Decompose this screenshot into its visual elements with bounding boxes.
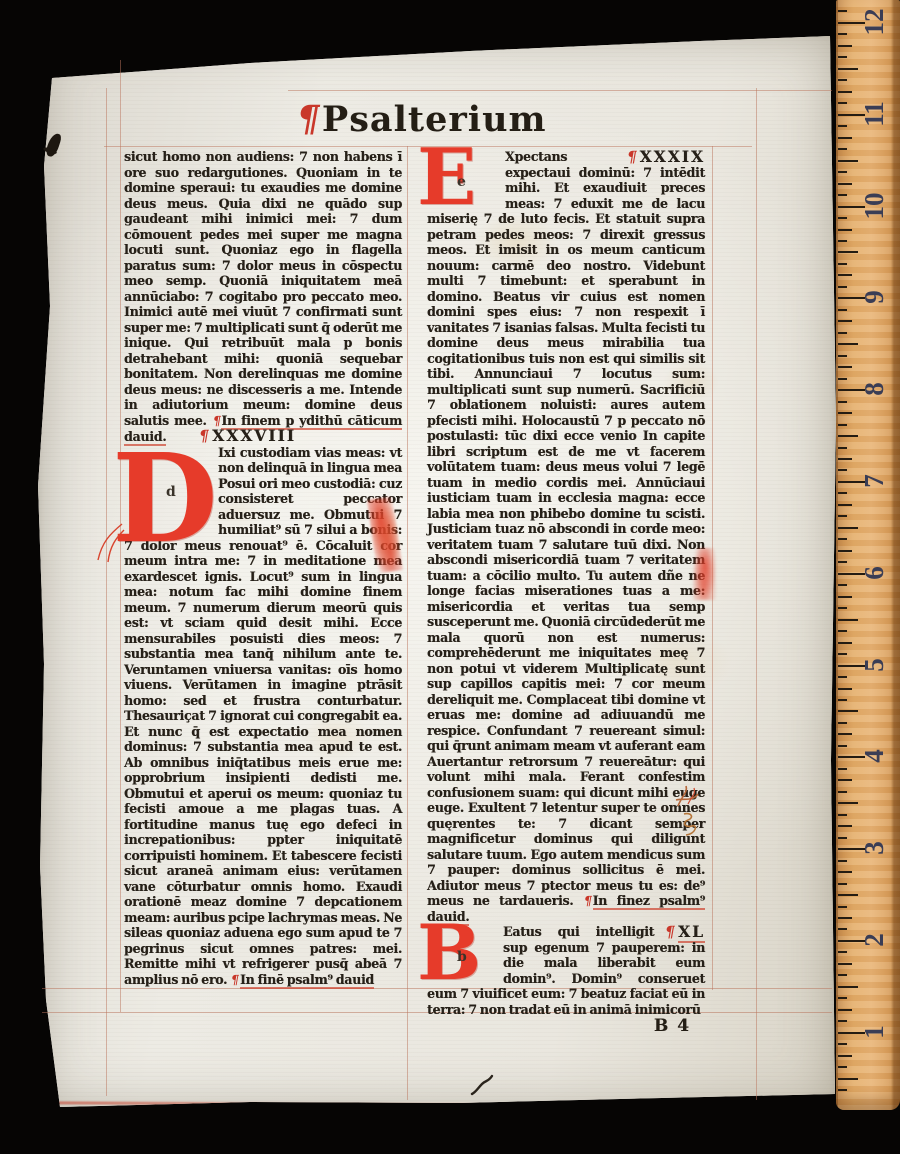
ruler-tick [838, 584, 847, 586]
ruler-tick [838, 251, 858, 253]
ruler-number: 11 [859, 98, 889, 130]
ruler-tick [838, 1043, 847, 1045]
ruler-tick [838, 458, 852, 460]
ruler-tick [838, 871, 852, 873]
ruler-tick [838, 825, 852, 827]
ruler-tick [838, 412, 852, 414]
ruler-number: 4 [859, 740, 889, 772]
ruler-tick [838, 1020, 847, 1022]
ruler-tick [838, 1055, 852, 1057]
heading-pilcrow: ¶ [663, 924, 680, 940]
ruler-number: 12 [859, 6, 889, 38]
ruler-tick [838, 928, 847, 930]
psalm-37-text: sicut homo non audiens: 7 non habens ī o… [124, 149, 402, 428]
frame-line-left-outer [106, 88, 107, 1096]
ruler-tick [838, 504, 852, 506]
ruler-tick [838, 607, 847, 609]
red-stained-bottom-edge [42, 1101, 834, 1107]
ruler-tick [838, 378, 847, 380]
ruler-number: 9 [859, 281, 889, 313]
photo-background: ¶Psalterium sicut homo non audiens: 7 no… [0, 0, 900, 1154]
ruler-tick [838, 906, 847, 908]
psalm-39-text: Xpectans expectaui dominū: 7 intēdit mih… [427, 149, 705, 908]
ruler-tick [838, 733, 852, 735]
ruler-number: 8 [859, 373, 889, 405]
initial-letter-B: B [417, 915, 481, 991]
ink-squiggle-bottom-margin [468, 1072, 498, 1098]
ruler-tick [838, 768, 847, 770]
ruler-tick [838, 229, 852, 231]
illuminated-initial-E: Ee [427, 149, 505, 196]
ruler-tick [838, 883, 847, 885]
ruler-tick [838, 986, 858, 988]
ruler-tick [838, 860, 847, 862]
pen-squiggle-right-margin-2 [676, 808, 702, 838]
ruler-tick [838, 550, 852, 552]
ruler-tick [838, 355, 847, 357]
ruler-tick [838, 320, 852, 322]
red-ink-mark-right-margin [693, 548, 717, 600]
ruler-tick [838, 538, 847, 540]
ruler-tick [838, 515, 847, 517]
ruler-tick [838, 710, 858, 712]
ruler-tick [838, 974, 847, 976]
ruler-tick [838, 435, 858, 437]
ruler-number: 3 [859, 832, 889, 864]
frame-line-top [288, 90, 832, 91]
psalm-38-paragraph: DdIxi custodiam vias meas: vt non delinq… [124, 445, 402, 988]
ruler-tick [838, 343, 858, 345]
ruler-tick [838, 424, 847, 426]
ruler-tick [838, 332, 847, 334]
ruler-tick [838, 630, 847, 632]
ruler-tick [838, 194, 847, 196]
ruler-tick [838, 309, 847, 311]
guide-letter-b: b [457, 950, 467, 966]
ruler-tick [838, 951, 847, 953]
text-column-left: sicut homo non audiens: 7 non habens ī o… [124, 149, 402, 987]
ruler-tick [838, 642, 852, 644]
psalm-40-heading: ¶XL [664, 924, 705, 940]
ruler-tick [838, 791, 847, 793]
ruler-tick [838, 447, 847, 449]
ruler-number: 1 [859, 1016, 889, 1048]
title-pilcrow-rubric: ¶ [292, 98, 325, 140]
ruler-tick [838, 1089, 847, 1091]
ruler-tick [838, 779, 852, 781]
ruler-tick [838, 688, 852, 690]
psalm-37-continuation: sicut homo non audiens: 7 non habens ī o… [124, 149, 402, 445]
ruler-tick [838, 492, 847, 494]
ruler-tick [838, 676, 847, 678]
ruler-tick [838, 240, 847, 242]
ruler-tick [838, 837, 847, 839]
ruler-number: 5 [859, 649, 889, 681]
ruler-tick [838, 366, 852, 368]
ruler-tick [838, 527, 858, 529]
guide-letter-d: d [166, 485, 176, 501]
ruler-tick [838, 79, 847, 81]
ruler-tick [838, 102, 847, 104]
rubric-in-fine-psalm: In finē psalm⁹ dauid [240, 972, 374, 989]
guide-letter-e: e [457, 175, 466, 191]
ruler-tick [838, 263, 847, 265]
frame-line-gutter [407, 146, 408, 1100]
ruler-tick [838, 401, 847, 403]
ruler-tick [838, 917, 852, 919]
ruler-tick [838, 1066, 847, 1068]
ruler-tick [838, 91, 852, 93]
ruler-number: 7 [859, 465, 889, 497]
text-column-right: ¶XXXIXEeXpectans expectaui dominū: 7 int… [427, 149, 705, 1035]
ruler-tick [838, 217, 847, 219]
ruler-tick [838, 561, 847, 563]
ruler-tick [838, 997, 847, 999]
ruler-tick [838, 45, 852, 47]
ruler: 121110987654321 [836, 0, 900, 1110]
running-title: ¶Psalterium [296, 98, 536, 144]
ruler-tick [838, 286, 847, 288]
ruler-number: 6 [859, 557, 889, 589]
ruler-tick [838, 894, 858, 896]
ruler-tick [838, 722, 847, 724]
ruler-tick [838, 160, 858, 162]
ruler-tick [838, 745, 847, 747]
psalm-39-number: XXXIX [640, 147, 705, 166]
ruler-tick [838, 619, 858, 621]
ruler-tick [838, 802, 858, 804]
ruler-tick [838, 33, 847, 35]
ruler-tick [838, 814, 847, 816]
illuminated-initial-D: Dd [124, 445, 218, 523]
ruler-number: 10 [859, 190, 889, 222]
ruler-tick [838, 10, 847, 12]
psalm-39-heading: ¶XXXIX [626, 149, 705, 165]
initial-letter-E: E [417, 139, 476, 217]
ruler-tick [838, 137, 852, 139]
psalm-40-paragraph: ¶XLBbEatus qui intelligit sup egenum 7 p… [427, 924, 705, 1017]
ruler-number: 2 [859, 924, 889, 956]
ruler-tick [838, 148, 847, 150]
ruler-tick [838, 56, 847, 58]
ruler-tick [838, 596, 852, 598]
ruler-tick [838, 1078, 858, 1080]
ruler-tick [838, 699, 847, 701]
illuminated-initial-B: Bb [427, 924, 503, 971]
frame-line-right-outer [756, 88, 757, 1100]
ruler-tick [838, 274, 852, 276]
ruler-tick [838, 183, 852, 185]
ruler-tick [838, 125, 847, 127]
psalm-38-number: XXXVIII [212, 426, 296, 445]
ruler-tick [838, 653, 847, 655]
ruler-tick [838, 469, 847, 471]
ruler-tick [838, 68, 858, 70]
initial-flourish-red [92, 520, 128, 566]
psalm-39-paragraph: ¶XXXIXEeXpectans expectaui dominū: 7 int… [427, 149, 705, 924]
quire-signature: B 4 [427, 1019, 705, 1035]
heading-pilcrow: ¶ [624, 149, 641, 165]
ruler-tick [838, 171, 847, 173]
ruler-tick [838, 1009, 852, 1011]
ruler-tick [838, 963, 852, 965]
